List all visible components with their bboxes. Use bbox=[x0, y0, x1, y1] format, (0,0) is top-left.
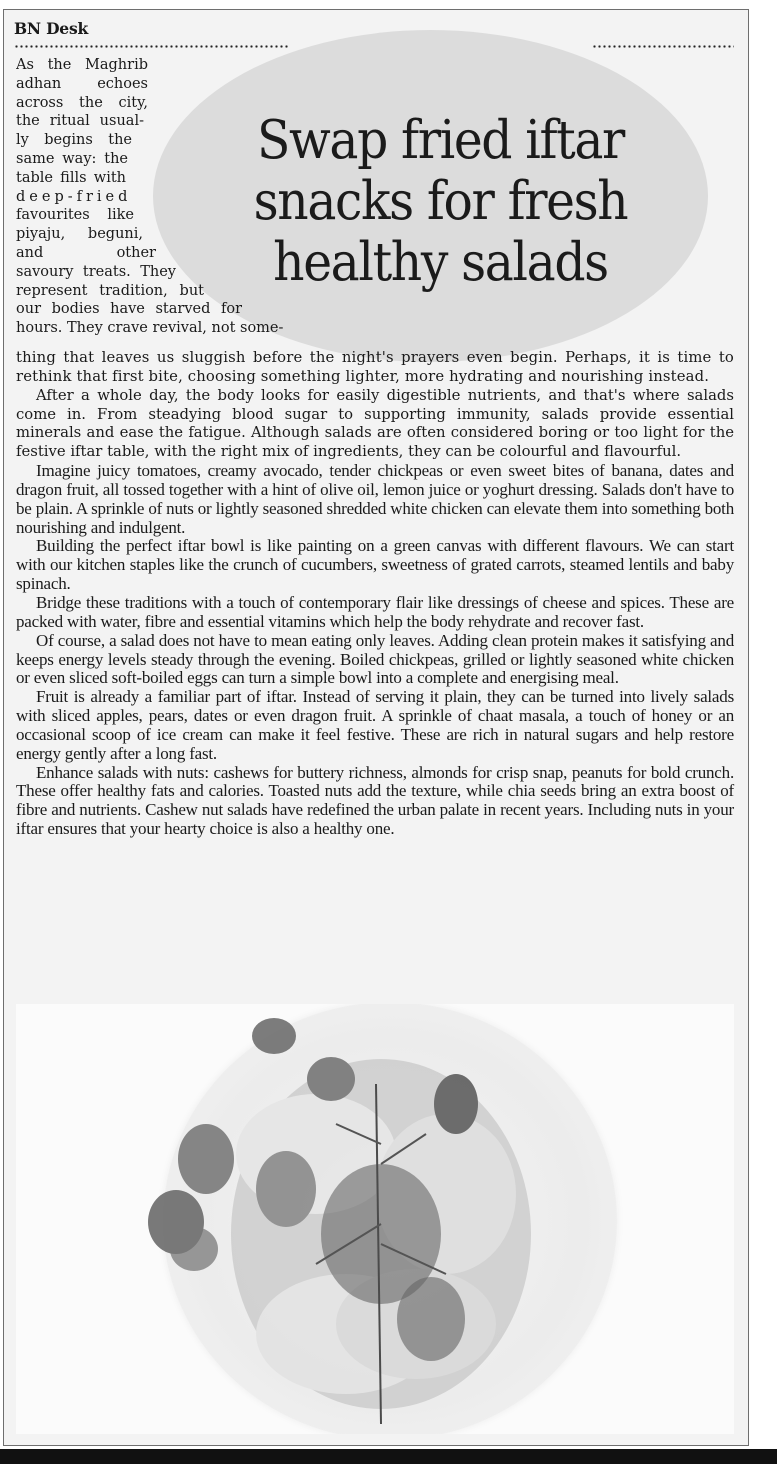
dotted-rule-left bbox=[14, 45, 289, 48]
paragraph: Imagine juicy tomatoes, creamy avocado, … bbox=[16, 462, 734, 537]
intro-line: piyaju, beguni, bbox=[16, 225, 143, 244]
intro-line: As the Maghrib bbox=[16, 56, 148, 75]
intro-line: and other bbox=[16, 244, 156, 263]
intro-line: represent tradition, but bbox=[16, 282, 204, 301]
article-body: thing that leaves us sluggish before the… bbox=[16, 349, 734, 839]
intro-line: hours. They crave revival, not some- bbox=[16, 319, 306, 338]
paragraph: Of course, a salad does not have to mean… bbox=[16, 632, 734, 689]
bottom-black-bar bbox=[0, 1449, 777, 1464]
intro-line: ly begins the bbox=[16, 131, 132, 150]
intro-line: across the city, bbox=[16, 94, 148, 113]
intro-line: favourites like bbox=[16, 206, 134, 225]
paragraph: Building the perfect iftar bowl is like … bbox=[16, 537, 734, 594]
dotted-rule-right bbox=[592, 45, 734, 48]
intro-line: deep-fried bbox=[16, 188, 128, 207]
paragraph: Enhance salads with nuts: cashews for bu… bbox=[16, 764, 734, 839]
intro-line: same way: the bbox=[16, 150, 128, 169]
paragraph: Bridge these traditions with a touch of … bbox=[16, 594, 734, 632]
paragraph: Fruit is already a familiar part of ifta… bbox=[16, 688, 734, 763]
salad-illustration bbox=[16, 1004, 734, 1434]
intro-line: savoury treats. They bbox=[16, 263, 176, 282]
intro-line: the ritual usual- bbox=[16, 112, 144, 131]
intro-line: our bodies have starved for bbox=[16, 300, 242, 319]
intro-line: adhan echoes bbox=[16, 75, 148, 94]
intro-wrapped-text: As the Maghrib adhan echoes across the c… bbox=[16, 56, 306, 338]
paragraph: After a whole day, the body looks for ea… bbox=[16, 387, 734, 462]
intro-line: table fills with bbox=[16, 169, 126, 188]
byline: BN Desk bbox=[14, 19, 88, 38]
intro-continuation: thing that leaves us sluggish before the… bbox=[16, 349, 734, 387]
salad-photo bbox=[16, 1004, 734, 1434]
